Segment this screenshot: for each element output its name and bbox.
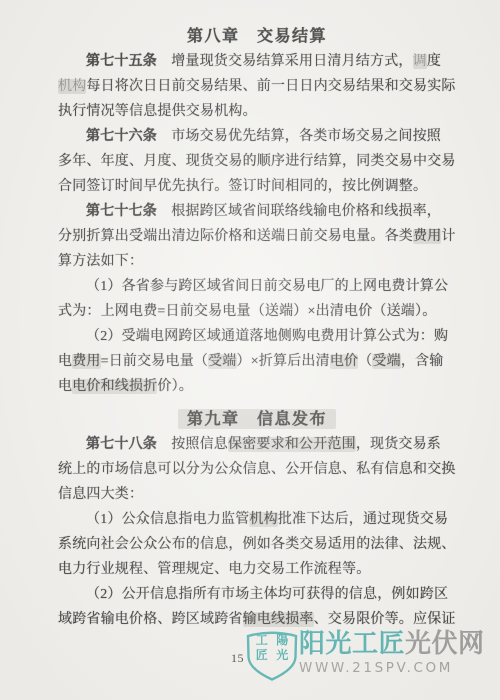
doc-text-segment: 信息四大类： [58,487,143,502]
doc-text-segment: 执行情况等信息提供交易机构。 [58,104,257,119]
doc-text-segment: 费用 [413,229,441,244]
doc-text-segment: 系统向社会公众公布的信息，例如各类交易适用的法律、法规、 [58,537,456,552]
doc-text-segment: 机构 [249,512,277,527]
shield-characters: 工 陽 匠 光 [253,633,291,662]
doc-line: （1）各省参与跨区域省间日前交易电厂的上网电费计算公 [58,274,456,299]
doc-text-segment: （1）公众信息指电力监管 [86,512,249,527]
doc-text-segment: 分别折算出受端出清边际价格和送端日前交易电量。各类 [58,229,413,244]
doc-text-segment: 增量现货交易结算采用日清月结方式， [157,54,413,69]
doc-line: 第八章 交易结算 [58,24,456,49]
doc-text-segment: 调 [413,54,427,69]
doc-line: 系统向社会公众公布的信息，例如各类交易适用的法律、法规、 [58,532,456,557]
doc-text-segment: 式为：上网电费=日前交易电量（送端）×出清电价（送端）。 [58,304,436,319]
doc-line: 算方法如下： [58,249,456,274]
doc-text-segment: 根据跨区域省间联络线输电价格和线损率， [157,204,441,219]
doc-text-segment: 第九章 信息发布 [178,409,336,429]
shield-char: 陽 [276,633,288,647]
doc-text-segment: ，含输 [401,354,444,369]
doc-text-segment: 每日将次日日前交易结果、前一日日内交易结果和交易实际 [86,79,455,94]
doc-line: 统上的市场信息可以分为公众信息、公开信息、私有信息和交换 [58,457,456,482]
doc-line: 第七十六条 市场交易优先结算，各类市场交易之间按照 [58,124,456,149]
doc-text-segment: 统上的市场信息可以分为公众信息、公开信息、私有信息和交换 [58,462,456,477]
doc-text-segment: 价）。 [157,379,193,394]
watermark-shield-logo: 工 陽 匠 光 [243,627,301,681]
doc-line: 电力行业规程、管理规定、电力交易工作流程等。 [58,557,456,582]
doc-line: （2）受端电网跨区域通道落地侧购电费用计算公式为：购 [58,324,456,349]
doc-text-segment: 机构 [58,79,86,94]
scanned-document-page: 第八章 交易结算第七十五条 增量现货交易结算采用日清月结方式，调度机构每日将次日… [0,0,500,700]
doc-text-segment: 电力行业规程、管理规定、电力交易工作流程等。 [58,562,370,577]
doc-text-segment: 多年、年度、月度、现货交易的顺序进行结算，同类交易中交易 [58,154,456,169]
doc-text-segment: 计 [441,229,455,244]
doc-text-segment: 费用 [72,354,100,369]
doc-line: 合同签订时间早优先执行。签订时间相同的，按比例调整。 [58,174,456,199]
doc-text-segment: 度 [427,54,441,69]
doc-text-segment: 批准下达后，通过现货交易 [278,512,448,527]
shield-char: 光 [276,648,288,662]
watermark-site-name: 阳光工匠光伏网 [299,629,485,660]
doc-line: 分别折算出受端出清边际价格和送端日前交易电量。各类费用计 [58,224,456,249]
shield-char: 匠 [256,648,268,662]
doc-text-segment: 合同签订时间早优先执行。签订时间相同的，按比例调整。 [58,179,427,194]
doc-text-segment: ，现货交易系 [356,437,441,452]
doc-text-segment: （2）公开信息指所有市场主体均可获得的信息，例如跨区 [86,587,448,602]
doc-line: 电电价和线损折价）。 [58,374,456,399]
document-lines: 第八章 交易结算第七十五条 增量现货交易结算采用日清月结方式，调度机构每日将次日… [58,24,456,632]
doc-line: 执行情况等信息提供交易机构。 [58,99,456,124]
doc-text-segment: 算方法如下： [58,254,143,269]
doc-text-segment: （1）各省参与跨区域省间日前交易电厂的上网电费计算公 [86,279,448,294]
site-watermark: 阳光工匠光伏网 WWW.21SPV.COM [299,629,485,676]
doc-text-segment: 域跨省输电价格、跨区域跨省 [58,612,243,627]
watermark-site-url: WWW.21SPV.COM [299,661,485,676]
watermark-site-name-secondary: 光伏网 [405,629,485,659]
doc-line: 多年、年度、月度、现货交易的顺序进行结算，同类交易中交易 [58,149,456,174]
doc-text-segment: （ [358,354,372,369]
doc-text-segment: 、交易限价等。应保证 [314,612,456,627]
doc-text-segment: 受端 [372,354,400,369]
doc-text-segment: 电 [58,379,72,394]
doc-line: （1）公众信息指电力监管机构批准下达后，通过现货交易 [58,507,456,532]
doc-text-segment: 第八章 交易结算 [187,28,327,45]
doc-line: 第七十八条 按照信息保密要求和公开范围，现货交易系 [58,432,456,457]
watermark-site-name-primary: 阳光工匠 [299,629,405,659]
doc-line: （2）公开信息指所有市场主体均可获得的信息，例如跨区 [58,582,456,607]
doc-text-segment: 电 [58,354,72,369]
doc-text-segment: 按照信息 [157,437,228,452]
doc-text-segment: 第七十七条 [86,204,157,219]
doc-text-segment: =日前交易电量（ [101,354,209,369]
doc-line: 式为：上网电费=日前交易电量（送端）×出清电价（送端）。 [58,299,456,324]
doc-line: 电费用=日前交易电量（受端）×折算后出清电价（受端，含输 [58,349,456,374]
doc-text-segment: （2）受端电网跨区域通道落地侧购电费用计算公式为：购 [86,329,448,344]
doc-line: 机构每日将次日日前交易结果、前一日日内交易结果和交易实际 [58,74,456,99]
doc-text-segment: 受端 [208,354,236,369]
doc-text-segment: 保密要求和公开范围 [228,437,356,452]
doc-text-segment: 第七十五条 [86,54,157,69]
shield-char: 工 [256,633,268,647]
doc-line: 第七十五条 增量现货交易结算采用日清月结方式，调度 [58,49,456,74]
doc-text-segment: 输电线损率 [243,612,314,627]
doc-line: 第九章 信息发布 [58,407,456,432]
doc-text-segment: 市场交易优先结算，各类市场交易之间按照 [157,129,441,144]
doc-text-segment: 第七十六条 [86,129,157,144]
doc-line: 第七十七条 根据跨区域省间联络线输电价格和线损率， [58,199,456,224]
doc-text-segment: 电价 [330,354,358,369]
doc-text-segment: ）×折算后出清 [237,354,330,369]
doc-text-segment: 第七十八条 [86,437,157,452]
doc-text-segment: 电价和线损折 [72,379,157,394]
doc-line: 信息四大类： [58,482,456,507]
